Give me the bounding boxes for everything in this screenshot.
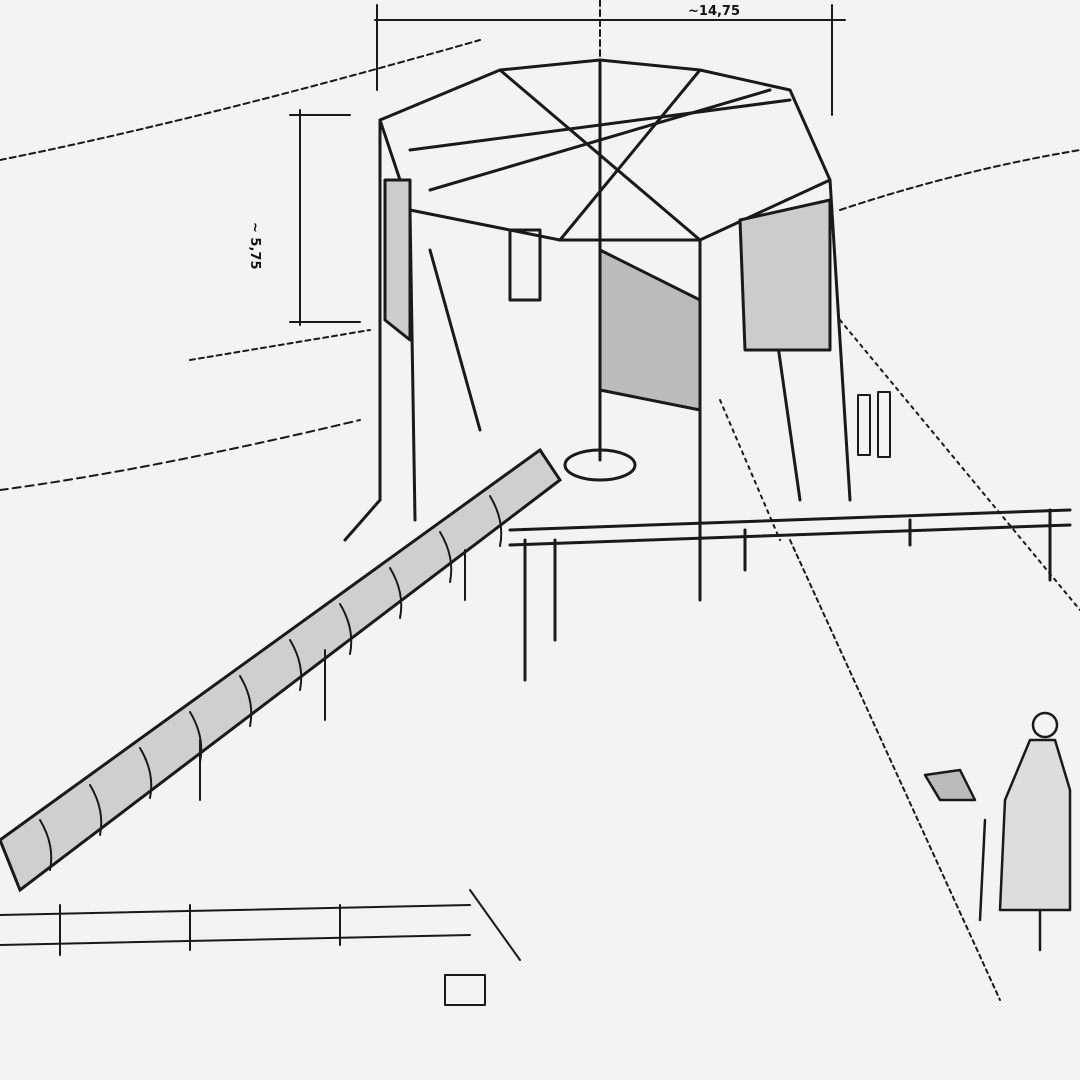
height-dimension-label: ~ 5,75 bbox=[247, 222, 262, 270]
archimedes-screw bbox=[0, 450, 560, 890]
fence bbox=[0, 890, 520, 1005]
distant-figures bbox=[858, 392, 890, 457]
drive-gear bbox=[510, 450, 1070, 680]
standing-figure bbox=[925, 713, 1070, 950]
technical-illustration: ~14,75 ~ 5,75 bbox=[0, 0, 1080, 1080]
windmill-tower bbox=[345, 60, 850, 600]
landscape bbox=[0, 40, 1080, 1000]
width-dimension-label: ~14,75 bbox=[688, 4, 740, 19]
drawing bbox=[0, 0, 1080, 1080]
